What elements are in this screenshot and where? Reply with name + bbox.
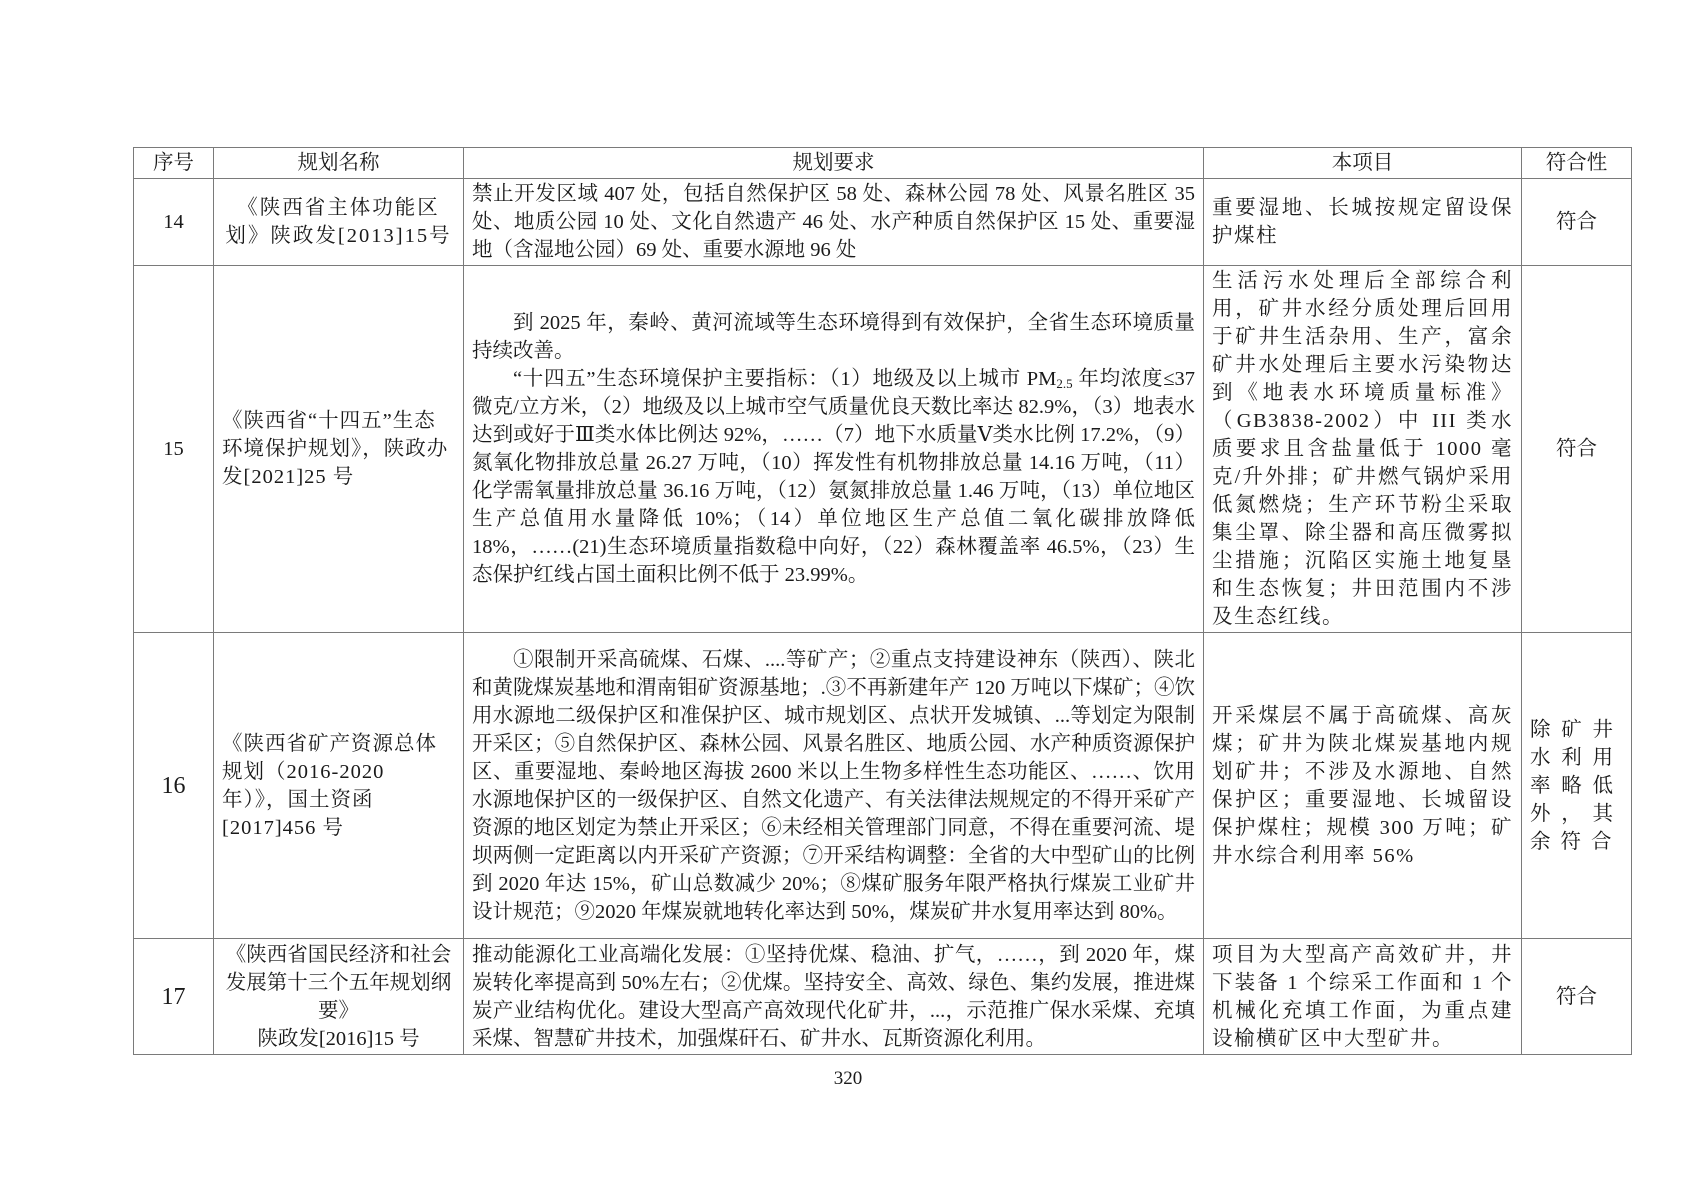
compliance-status: 符合: [1522, 939, 1632, 1055]
header-this-project: 本项目: [1204, 148, 1522, 179]
planning-compliance-table: 序号 规划名称 规划要求 本项目 符合性 14 《陕西省主体功能区划》陕政发[2…: [133, 147, 1632, 1055]
plan-name: 《陕西省国民经济和社会发展第十三个五年规划纲要》 陕政发[2016]15 号: [214, 939, 464, 1055]
plan-name: 《陕西省“十四五”生态环境保护规划》，陕政办发[2021]25 号: [214, 266, 464, 633]
table-row: 14 《陕西省主体功能区划》陕政发[2013]15号 禁止开发区域 407 处，…: [134, 179, 1632, 266]
table-row: 15 《陕西省“十四五”生态环境保护规划》，陕政办发[2021]25 号 到 2…: [134, 266, 1632, 633]
page-number: 320: [0, 1068, 1696, 1090]
requirement-paragraph: 禁止开发区域 407 处，包括自然保护区 58 处、森林公园 78 处、风景名胜…: [472, 180, 1195, 264]
header-plan-requirement: 规划要求: [464, 148, 1204, 179]
row-number: 14: [134, 179, 214, 266]
table-row: 17 《陕西省国民经济和社会发展第十三个五年规划纲要》 陕政发[2016]15 …: [134, 939, 1632, 1055]
project-description: 生活污水处理后全部综合利用，矿井水经分质处理后回用于矿井生活杂用、生产，富余矿井…: [1204, 266, 1522, 633]
project-description: 重要湿地、长城按规定留设保护煤柱: [1204, 179, 1522, 266]
header-compliance: 符合性: [1522, 148, 1632, 179]
plan-name: 《陕西省矿产资源总体规划（2016-2020 年）》，国土资函[2017]456…: [214, 633, 464, 939]
compliance-status: 符合: [1522, 266, 1632, 633]
pm-subscript: 2.5: [1056, 376, 1072, 391]
requirement-text: 年均浓度≤37 微克/立方米，（2）地级及以上城市空气质量优良天数比率达 82.…: [472, 368, 1195, 586]
plan-requirement: 推动能源化工业高端化发展：①坚持优煤、稳油、扩气，……，到 2020 年，煤炭转…: [464, 939, 1204, 1055]
table-header-row: 序号 规划名称 规划要求 本项目 符合性: [134, 148, 1632, 179]
row-number: 15: [134, 266, 214, 633]
requirement-paragraph: 到 2025 年，秦岭、黄河流域等生态环境得到有效保护，全省生态环境质量持续改善…: [472, 309, 1195, 365]
project-description: 开采煤层不属于高硫煤、高灰煤；矿井为陕北煤炭基地内规划矿井；不涉及水源地、自然保…: [1204, 633, 1522, 939]
header-serial-number: 序号: [134, 148, 214, 179]
row-number: 16: [134, 633, 214, 939]
plan-requirement: 到 2025 年，秦岭、黄河流域等生态环境得到有效保护，全省生态环境质量持续改善…: [464, 266, 1204, 633]
project-description: 项目为大型高产高效矿井，井下装备 1 个综采工作面和 1 个机械化充填工作面，为…: [1204, 939, 1522, 1055]
plan-name-line: 《陕西省国民经济和社会发展第十三个五年规划纲要》: [222, 941, 455, 1025]
row-number: 17: [134, 939, 214, 1055]
requirement-paragraph: “十四五”生态环境保护主要指标：（1）地级及以上城市 PM2.5 年均浓度≤37…: [472, 365, 1195, 589]
requirement-paragraph: 推动能源化工业高端化发展：①坚持优煤、稳油、扩气，……，到 2020 年，煤炭转…: [472, 941, 1195, 1053]
plan-name: 《陕西省主体功能区划》陕政发[2013]15号: [214, 179, 464, 266]
requirement-text: “十四五”生态环境保护主要指标：（1）地级及以上城市 PM: [513, 368, 1056, 390]
compliance-status: 符合: [1522, 179, 1632, 266]
header-plan-name: 规划名称: [214, 148, 464, 179]
plan-requirement: ①限制开采高硫煤、石煤、....等矿产；②重点支持建设神东（陕西）、陕北和黄陇煤…: [464, 633, 1204, 939]
requirement-paragraph: ①限制开采高硫煤、石煤、....等矿产；②重点支持建设神东（陕西）、陕北和黄陇煤…: [472, 646, 1195, 926]
plan-name-line: 陕政发[2016]15 号: [222, 1025, 455, 1053]
compliance-status: 除矿井水利用率略低外，其余符合: [1522, 633, 1632, 939]
plan-requirement: 禁止开发区域 407 处，包括自然保护区 58 处、森林公园 78 处、风景名胜…: [464, 179, 1204, 266]
table-row: 16 《陕西省矿产资源总体规划（2016-2020 年）》，国土资函[2017]…: [134, 633, 1632, 939]
